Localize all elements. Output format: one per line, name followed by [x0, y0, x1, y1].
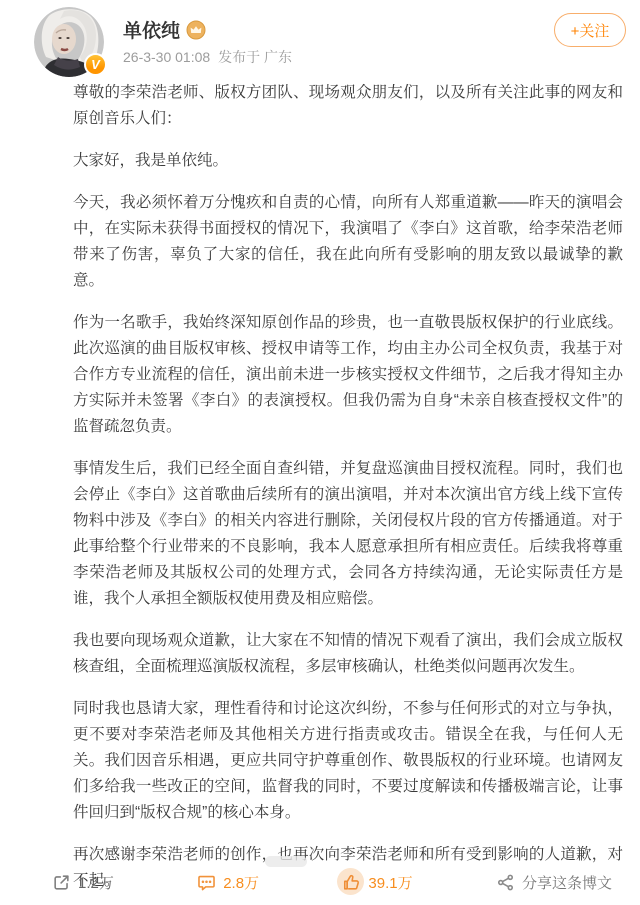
like-button[interactable]: 39.1万	[342, 872, 412, 893]
verified-v-icon: V	[84, 53, 107, 76]
post-paragraph: 作为一名歌手，我始终深知原创作品的珍贵，也一直敬畏版权保护的行业底线。此次巡演的…	[73, 310, 623, 440]
post-header: V 单依纯 26-3-30 01:08 发布于 广东 +关注	[0, 0, 640, 84]
vip-crown-icon[interactable]	[186, 20, 206, 40]
timestamp: 26-3-30 01:08	[123, 49, 210, 65]
comment-icon	[197, 873, 216, 892]
like-count: 39.1万	[368, 872, 412, 893]
username[interactable]: 单依纯	[123, 16, 180, 43]
repost-count: 1.2万	[78, 872, 114, 893]
post-paragraph: 尊敬的李荣浩老师、版权方团队、现场观众朋友们，以及所有关注此事的网友和原创音乐人…	[73, 80, 623, 132]
repost-icon	[52, 873, 71, 892]
post-content: 尊敬的李荣浩老师、版权方团队、现场观众朋友们，以及所有关注此事的网友和原创音乐人…	[73, 80, 623, 894]
post-paragraph: 我也要向现场观众道歉，让大家在不知情的情况下观看了演出，我们会成立版权核查组，全…	[73, 628, 623, 680]
share-button[interactable]: 分享这条博文	[496, 872, 612, 893]
post-paragraph: 事情发生后，我们已经全面自查纠错，并复盘巡演曲目授权流程。同时，我们也会停止《李…	[73, 456, 623, 612]
follow-button[interactable]: +关注	[554, 13, 626, 47]
thumbs-up-icon	[342, 873, 361, 892]
avatar[interactable]: V	[34, 7, 104, 77]
comment-button[interactable]: 2.8万	[197, 872, 259, 893]
post-paragraph: 今天，我必须怀着万分愧疚和自责的心情，向所有人郑重道歉——昨天的演唱会中，在实际…	[73, 190, 623, 294]
post-paragraph: 大家好，我是单依纯。	[73, 148, 623, 174]
share-nodes-icon	[496, 873, 515, 892]
post-location: 发布于 广东	[218, 49, 292, 65]
action-bar: 1.2万 2.8万 39.1万 分享这条博文	[0, 864, 640, 900]
repost-button[interactable]: 1.2万	[52, 872, 114, 893]
post-paragraph: 同时我也恳请大家，理性看待和讨论这次纠纷，不参与任何形式的对立与争执，更不要对李…	[73, 696, 623, 826]
share-label: 分享这条博文	[522, 872, 612, 893]
comment-count: 2.8万	[223, 872, 259, 893]
post-meta: 26-3-30 01:08 发布于 广东	[123, 47, 296, 67]
